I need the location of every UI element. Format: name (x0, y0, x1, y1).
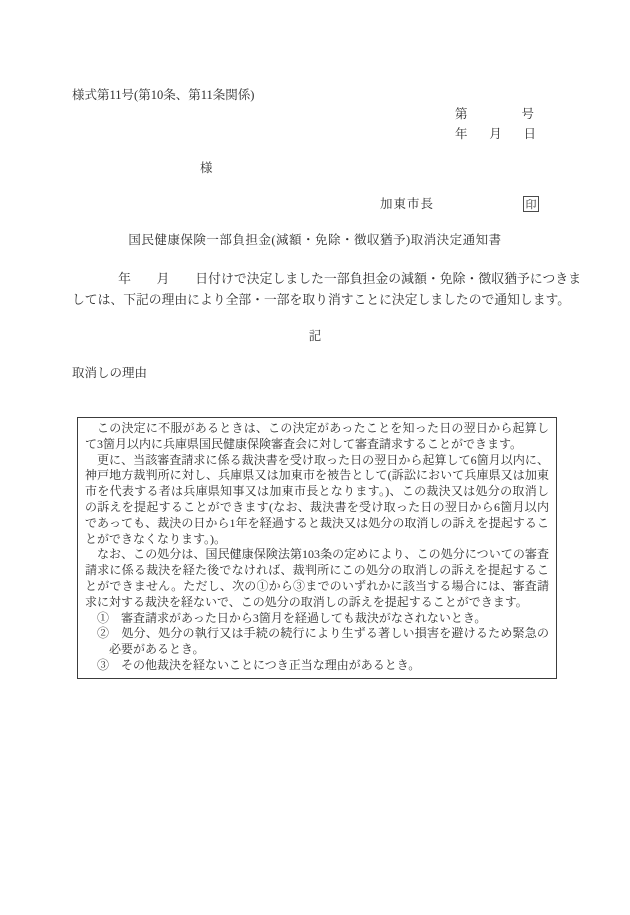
appeal-paragraph: この決定に不服があるときは、この決定があったことを知った日の翌日から起算して3箇… (85, 421, 549, 453)
date-year-label: 年 (455, 127, 468, 142)
date-month-label: 月 (489, 127, 502, 142)
appeal-condition-item: ③ その他裁決を経ないことにつき正当な理由があるとき。 (85, 658, 549, 674)
appeal-paragraph: 更に、当該審査請求に係る裁決書を受け取った日の翌日から起算して6箇月以内に、神戸… (85, 453, 549, 548)
record-marker: 記 (0, 329, 630, 344)
document-number-prefix: 第 (455, 107, 468, 122)
document-page: 様式第11号(第10条、第11条関係) 第 号 年 月 日 様 加東市長 印 国… (0, 0, 630, 915)
appeal-paragraph: なお、この処分は、国民健康保険法第103条の定めにより、この処分についての審査請… (85, 547, 549, 610)
issuer-name: 加東市長 (380, 197, 434, 212)
cancellation-reason-label: 取消しの理由 (72, 366, 147, 381)
document-title: 国民健康保険一部負担金(減額・免除・徴収猶予)取消決定通知書 (0, 233, 630, 248)
appeal-condition-item: ② 処分、処分の執行又は手続の続行により生ずる著しい損害を避けるため緊急の必要が… (85, 626, 549, 658)
seal-mark: 印 (526, 196, 537, 212)
document-number-suffix: 号 (521, 107, 534, 122)
date-day-label: 日 (523, 127, 536, 142)
date-line: 年 月 日 (455, 127, 536, 142)
appeal-notice-box: この決定に不服があるときは、この決定があったことを知った日の翌日から起算して3箇… (77, 417, 557, 679)
appeal-condition-item: ① 審査請求があった日から3箇月を経過しても裁決がなされないとき。 (85, 611, 549, 627)
body-paragraph: 年 月 日付けで決定しました一部負担金の減額・免除・徴収猶予につきましては、下記… (72, 269, 581, 311)
form-number: 様式第11号(第10条、第11条関係) (72, 88, 254, 103)
document-number-line: 第 号 (455, 107, 534, 122)
seal-placeholder-box: 印 (523, 196, 539, 212)
addressee-honorific: 様 (200, 161, 213, 176)
